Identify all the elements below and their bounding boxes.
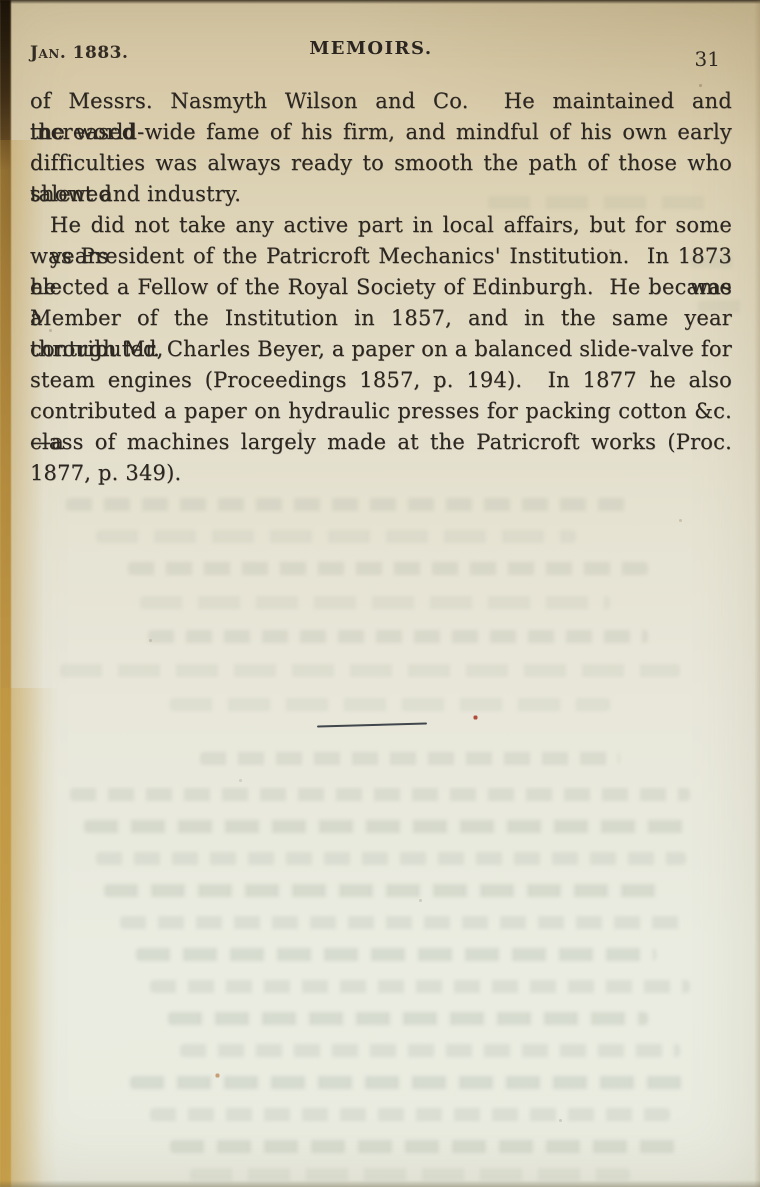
show-through-line [128, 562, 648, 575]
show-through-line [70, 788, 690, 801]
text-line: was President of the Patricroft Mechanic… [30, 241, 732, 272]
paragraph-1: of Messrs. Nasmyth Wilson and Co. He mai… [30, 86, 732, 210]
show-through-line [136, 948, 656, 961]
show-through-line [96, 530, 576, 543]
show-through-line [120, 916, 680, 929]
show-through-line [84, 820, 684, 833]
page-corner-top-left [0, 0, 10, 170]
page-edge-top [0, 0, 760, 4]
page-header-title: MEMOIRS. [309, 38, 432, 59]
text-line: Member of the Institution in 1857, and i… [30, 303, 732, 334]
text-line: contributed a paper on hydraulic presses… [30, 396, 732, 427]
show-through-line [698, 300, 750, 313]
show-through-line [60, 664, 680, 677]
text-line: He did not take any active part in local… [30, 210, 732, 241]
show-through-line [96, 852, 686, 865]
show-through-line [690, 255, 748, 268]
show-through-line [148, 630, 648, 643]
section-divider [317, 722, 427, 727]
show-through-line [170, 1140, 680, 1153]
text-line: through Mr. Charles Beyer, a paper on a … [30, 334, 732, 365]
show-through-line [66, 498, 626, 511]
page-header: Jan. 1883. MEMOIRS. 31 [30, 36, 732, 70]
text-line: the world-wide fame of his firm, and min… [30, 117, 732, 148]
page-edge-left-fade-lower [0, 688, 58, 1187]
show-through-line [200, 752, 620, 765]
text-line: elected a Fellow of the Royal Society of… [30, 272, 732, 303]
show-through-line [170, 698, 610, 711]
paper-speckles [0, 0, 1, 1]
page-edge-bottom [0, 1180, 760, 1187]
show-through-line [150, 980, 690, 993]
text-line: difficulties was always ready to smooth … [30, 148, 732, 179]
show-through-line [150, 1108, 670, 1121]
paragraph-2: He did not take any active part in local… [30, 210, 732, 489]
page-number: 31 [695, 47, 720, 71]
text-line: steam engines (Proceedings 1857, p. 194)… [30, 365, 732, 396]
text-line: of Messrs. Nasmyth Wilson and Co. He mai… [30, 86, 732, 117]
text-line: 1877, p. 349). [30, 458, 732, 489]
show-through-line [168, 1012, 648, 1025]
page-edge-right [754, 0, 760, 1187]
show-through-line [190, 1168, 630, 1181]
scanned-book-page: Jan. 1883. MEMOIRS. 31 of Messrs. Nasmyt… [0, 0, 760, 1187]
show-through-line [104, 884, 664, 897]
show-through-line [180, 1044, 680, 1057]
journal-date: Jan. 1883. [30, 43, 128, 63]
page-body: of Messrs. Nasmyth Wilson and Co. He mai… [30, 86, 732, 489]
text-line: class of machines largely made at the Pa… [30, 427, 732, 458]
show-through-line [488, 196, 720, 209]
show-through-line [140, 596, 610, 609]
show-through-line [130, 1076, 690, 1089]
